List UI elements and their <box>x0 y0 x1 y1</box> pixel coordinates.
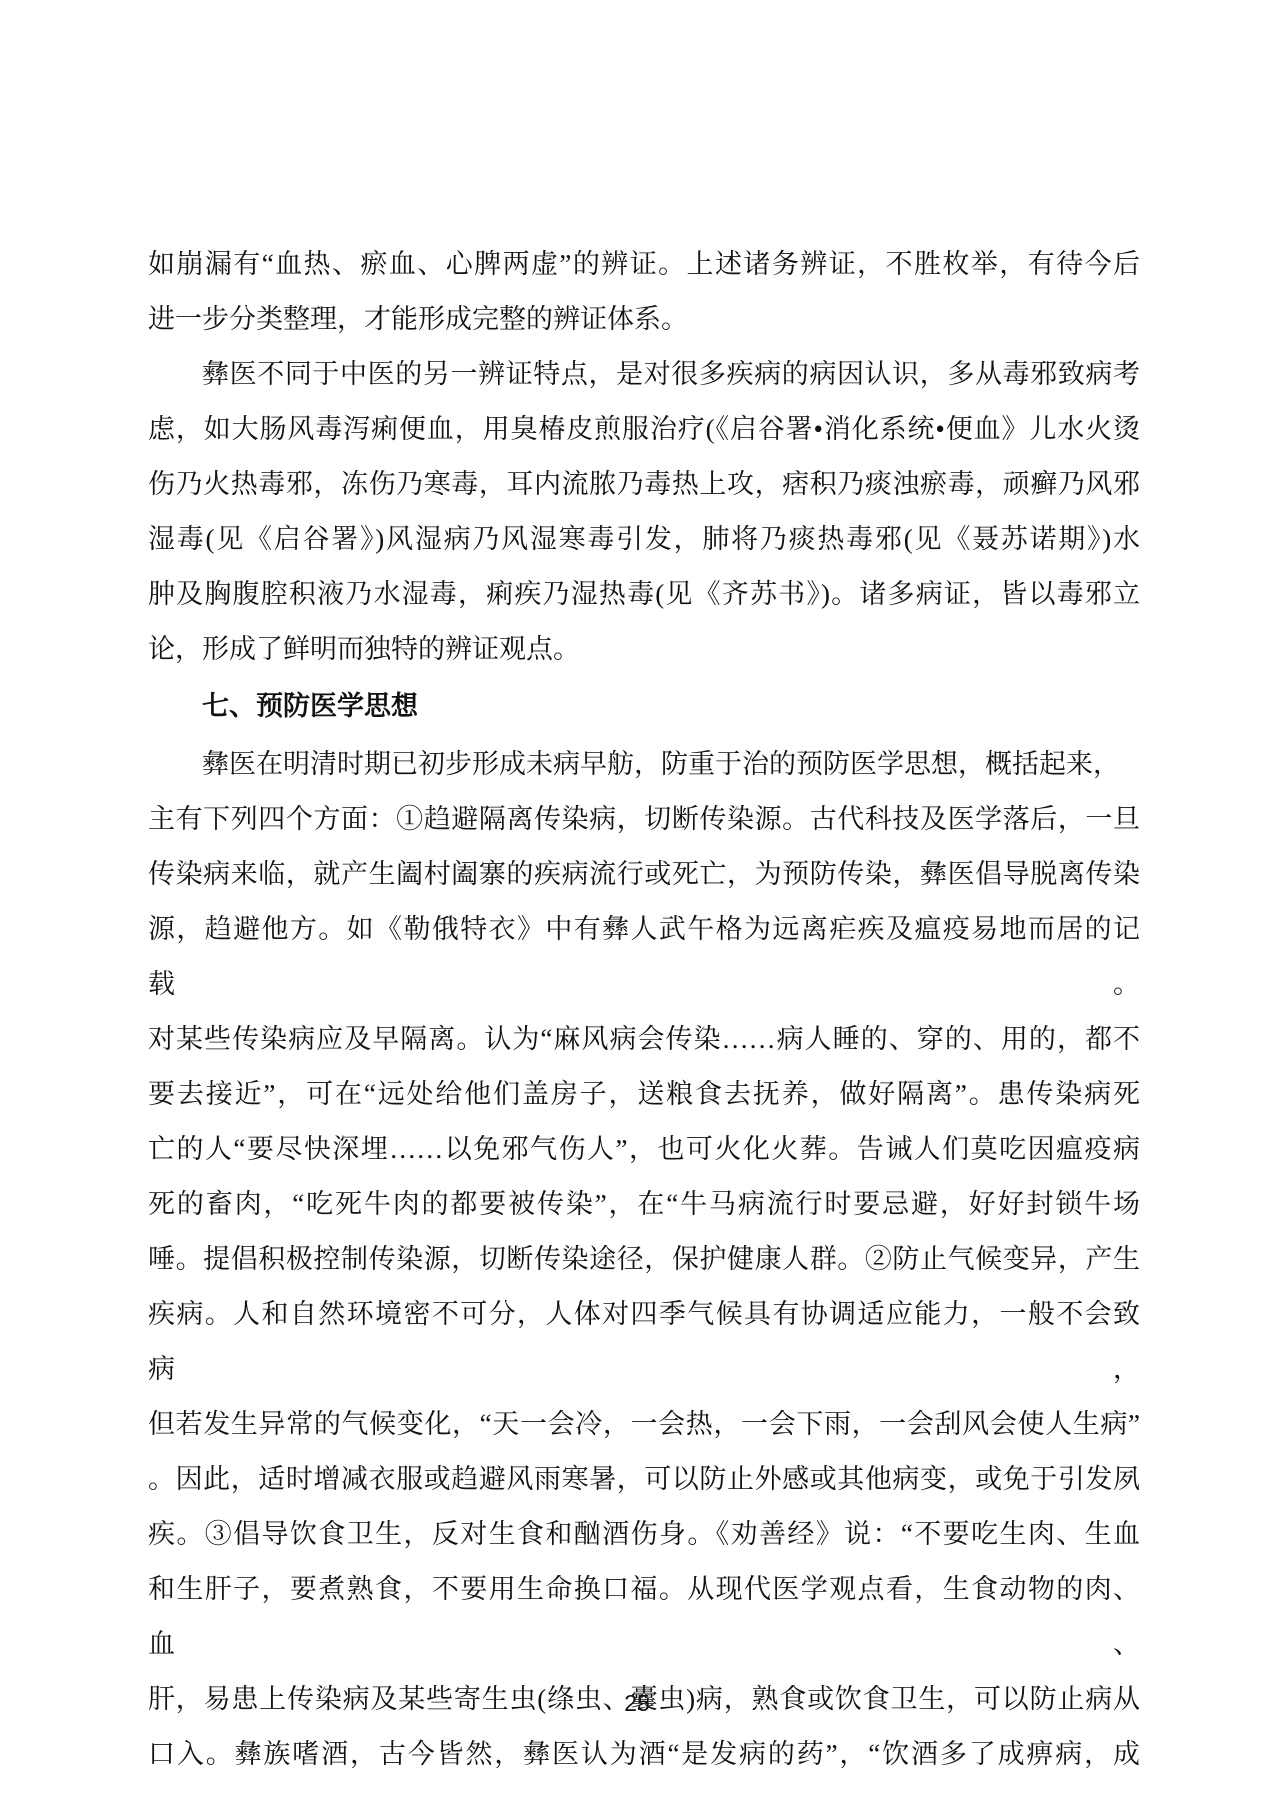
text-line: 主有下列四个方面：①趋避隔离传染病，切断传染源。古代科技及医学落后，一旦 <box>148 792 1140 847</box>
text-line: 如崩漏有“血热、瘀血、心脾两虚”的辨证。上述诸务辨证，不胜枚举，有待今后 <box>148 237 1140 292</box>
text-line: 要去接近”，可在“远处给他们盖房子，送粮食去抚养，做好隔离”。患传染病死 <box>148 1067 1140 1122</box>
document-page: 如崩漏有“血热、瘀血、心脾两虚”的辨证。上述诸务辨证，不胜枚举，有待今后进一步分… <box>0 0 1274 1801</box>
text-line: 对某些传染病应及早隔离。认为“麻风病会传染……病人睡的、穿的、用的，都不 <box>148 1012 1140 1067</box>
text-line: 伤乃火热毒邪，冻伤乃寒毒，耳内流脓乃毒热上攻，痞积乃痰浊瘀毒，顽癣乃风邪 <box>148 457 1140 512</box>
text-line: 但若发生异常的气候变化，“天一会冷，一会热，一会下雨，一会刮风会使人生病” <box>148 1397 1140 1452</box>
text-line: 和生肝子，要煮熟食，不要用生命换口福。从现代医学观点看，生食动物的肉、血、 <box>148 1562 1140 1672</box>
text-line: 口入。彝族嗜酒，古今皆然，彝医认为酒“是发病的药”，“饮酒多了成痹病，成 <box>148 1727 1140 1782</box>
document-body: 如崩漏有“血热、瘀血、心脾两虚”的辨证。上述诸务辨证，不胜枚举，有待今后进一步分… <box>148 237 1140 1782</box>
text-line: 亡的人“要尽快深埋……以免邪气伤人”，也可火化火葬。告诫人们莫吃因瘟疫病 <box>148 1122 1140 1177</box>
text-line: 进一步分类整理，才能形成完整的辨证体系。 <box>148 292 1140 347</box>
text-line: 疾。③倡导饮食卫生，反对生食和酗酒伤身。《劝善经》说：“不要吃生肉、生血 <box>148 1507 1140 1562</box>
text-line: 。因此，适时增减衣服或趋避风雨寒暑，可以防止外感或其他病变，或免于引发夙 <box>148 1452 1140 1507</box>
text-line: 传染病来临，就产生阖村阖寨的疾病流行或死亡，为预防传染，彝医倡导脱离传染 <box>148 847 1140 902</box>
page-number: 25 <box>0 1689 1274 1717</box>
text-line: 虑，如大肠风毒泻痢便血，用臭椿皮煎服治疗(《启谷署•消化系统•便血》儿水火烫 <box>148 402 1140 457</box>
text-line: 湿毒(见《启谷署》)风湿病乃风湿寒毒引发，肺将乃痰热毒邪(见《聂苏诺期》)水 <box>148 512 1140 567</box>
text-line: 死的畜肉，“吃死牛肉的都要被传染”，在“牛马病流行时要忌避，好好封锁牛场 <box>148 1177 1140 1232</box>
text-line: 唾。提倡积极控制传染源，切断传染途径，保护健康人群。②防止气候变异，产生 <box>148 1232 1140 1287</box>
text-line: 彝医不同于中医的另一辨证特点，是对很多疾病的病因认识，多从毒邪致病考 <box>148 347 1140 402</box>
text-line: 论，形成了鲜明而独特的辨证观点。 <box>148 622 1140 677</box>
text-line: 肿及胸腹腔积液乃水湿毒，痢疾乃湿热毒(见《齐苏书》)。诸多病证，皆以毒邪立 <box>148 567 1140 622</box>
section-heading: 七、预防医学思想 <box>148 679 1140 734</box>
text-line: 彝医在明清时期已初步形成未病早舫，防重于治的预防医学思想，概括起来， <box>148 737 1140 792</box>
text-line: 源，趋避他方。如《勒俄特衣》中有彝人武午格为远离疟疾及瘟疫易地而居的记载。 <box>148 902 1140 1012</box>
text-line: 疾病。人和自然环境密不可分，人体对四季气候具有协调适应能力，一般不会致病， <box>148 1287 1140 1397</box>
